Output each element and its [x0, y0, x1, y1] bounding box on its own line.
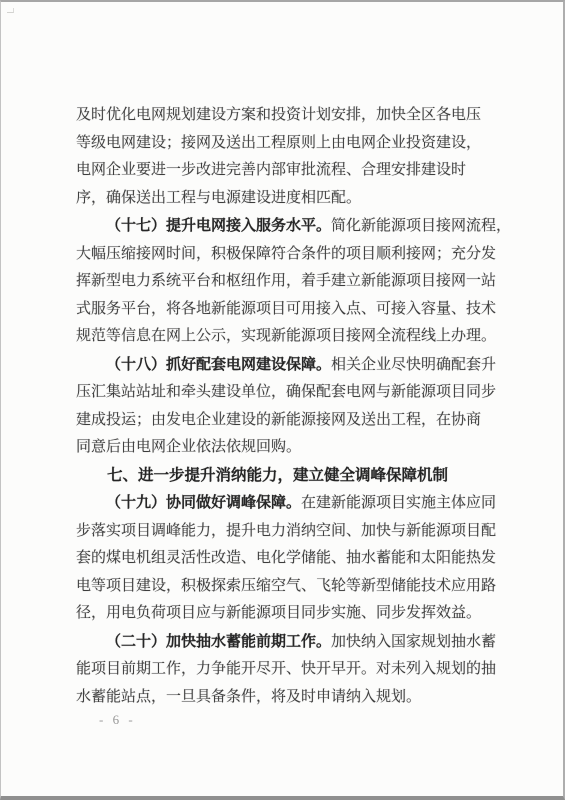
- section-heading-7: 七、进一步提升消纳能力，建立健全调峰保障机制: [76, 462, 516, 490]
- scanned-document-page: 及时优化电网规划建设方案和投资计划安排，加快全区各电压 等级电网建设；接网及送出…: [0, 0, 565, 800]
- page-number: - 6 -: [99, 712, 136, 728]
- scan-artifact: [7, 8, 14, 13]
- document-content: 及时优化电网规划建设方案和投资计划安排，加快全区各电压 等级电网建设；接网及送出…: [76, 102, 516, 711]
- item-19-body: 在建新能源项目实施主体应同 步落实项目调峰能力，提升电力消纳空间、加快与新能源项…: [76, 495, 496, 621]
- paragraph-continued: 及时优化电网规划建设方案和投资计划安排，加快全区各电压 等级电网建设；接网及送出…: [76, 102, 516, 212]
- paragraph-item-19: （十九）协同做好调峰保障。在建新能源项目实施主体应同 步落实项目调峰能力，提升电…: [76, 489, 516, 628]
- paragraph-item-18: （十八）抓好配套电网建设保障。相关企业尽快明确配套升 压汇集站站址和牵头建设单位…: [76, 351, 516, 462]
- item-17-lead: （十七）提升电网接入服务水平。: [106, 217, 331, 234]
- paragraph-item-17: （十七）提升电网接入服务水平。简化新能源项目接网流程， 大幅压缩接网时间，积极保…: [76, 212, 516, 351]
- item-18-lead: （十八）抓好配套电网建设保障。: [106, 356, 331, 373]
- paragraph-item-20: （二十）加快抽水蓄能前期工作。加快纳入国家规划抽水蓄 能项目前期工作，力争能开尽…: [76, 628, 516, 712]
- item-20-lead: （二十）加快抽水蓄能前期工作。: [106, 633, 331, 650]
- item-17-body: 简化新能源项目接网流程， 大幅压缩接网时间，积极保障符合条件的项目顺利接网；充分…: [76, 218, 511, 344]
- item-19-lead: （十九）协同做好调峰保障。: [106, 494, 301, 511]
